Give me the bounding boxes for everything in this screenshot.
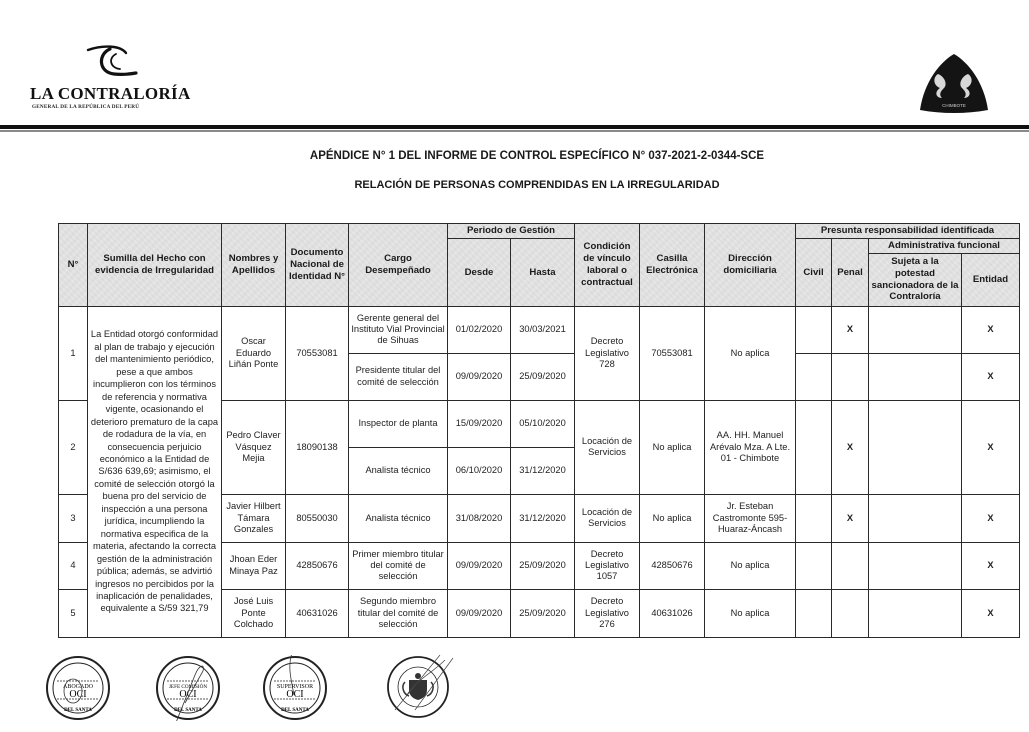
row-cargo: Inspector de planta — [349, 400, 448, 447]
header-divider — [0, 125, 1029, 129]
row-dni: 42850676 — [286, 542, 349, 589]
row-penal: X — [832, 400, 869, 494]
document-subtitle: RELACIÓN DE PERSONAS COMPRENDIDAS EN LA … — [0, 179, 1029, 191]
stamp-abogado-icon: ABOGADO OCI DEL SANTA — [45, 655, 111, 721]
row-entidad: X — [962, 306, 1020, 353]
svg-text:OCI: OCI — [69, 689, 86, 700]
row-desde: 09/09/2020 — [448, 353, 511, 400]
row-civil — [796, 494, 832, 542]
row-hasta: 05/10/2020 — [511, 400, 575, 447]
row-sujeta — [869, 542, 962, 589]
row-direccion: AA. HH. Manuel Arévalo Mza. A Lte. 01 - … — [705, 400, 796, 494]
row-condicion: Decreto Legislativo 276 — [575, 589, 640, 637]
row-penal: X — [832, 494, 869, 542]
persons-table: N° Sumilla del Hecho con evidencia de Ir… — [58, 223, 1020, 638]
contraloria-logo: LA CONTRALORÍA GENERAL DE LA REPÚBLICA D… — [30, 40, 180, 115]
row-direccion: No aplica — [705, 589, 796, 637]
row-casilla: 40631026 — [640, 589, 705, 637]
row-civil — [796, 589, 832, 637]
row-direccion: No aplica — [705, 306, 796, 400]
row-nombres: Jhoan Eder Minaya Paz — [222, 542, 286, 589]
row-dni: 18090138 — [286, 400, 349, 494]
stamp-supervisor-icon: SUPERVISOR OCI DEL SANTA — [262, 655, 328, 721]
row-hasta: 31/12/2020 — [511, 447, 575, 494]
row-civil — [796, 542, 832, 589]
row-num: 2 — [59, 400, 88, 494]
svg-text:DEL SANTA: DEL SANTA — [64, 708, 92, 713]
svg-text:OCI: OCI — [286, 689, 303, 700]
svg-text:DEL SANTA: DEL SANTA — [174, 708, 202, 713]
row-nombres: Javier Hilbert Támara Gonzales — [222, 494, 286, 542]
row-hasta: 25/09/2020 — [511, 542, 575, 589]
row-civil — [796, 400, 832, 494]
row-casilla: 70553081 — [640, 306, 705, 400]
row-num: 3 — [59, 494, 88, 542]
row-hasta: 25/09/2020 — [511, 353, 575, 400]
row-entidad: X — [962, 353, 1020, 400]
row-hasta: 25/09/2020 — [511, 589, 575, 637]
row-penal — [832, 542, 869, 589]
row-direccion: No aplica — [705, 542, 796, 589]
header-sumilla: Sumilla del Hecho con evidencia de Irreg… — [88, 224, 222, 307]
row-sujeta — [869, 589, 962, 637]
row-cargo: Presidente titular del comité de selecci… — [349, 353, 448, 400]
sumilla-text: La Entidad otorgó conformidad al plan de… — [88, 306, 222, 637]
row-condicion: Decreto Legislativo 728 — [575, 306, 640, 400]
row-cargo: Analista técnico — [349, 447, 448, 494]
row-cargo: Gerente general del Instituto Vial Provi… — [349, 306, 448, 353]
row-entidad: X — [962, 589, 1020, 637]
row-sujeta — [869, 306, 962, 353]
row-hasta: 30/03/2021 — [511, 306, 575, 353]
header-sujeta: Sujeta a la potestad sancionadora de la … — [869, 253, 962, 306]
header-administrativa: Administrativa funcional — [869, 239, 1020, 254]
row-penal — [832, 353, 869, 400]
row-desde: 09/09/2020 — [448, 542, 511, 589]
row-dni: 80550030 — [286, 494, 349, 542]
row-cargo: Primer miembro titular del comité de sel… — [349, 542, 448, 589]
row-civil — [796, 353, 832, 400]
row-desde: 09/09/2020 — [448, 589, 511, 637]
header-casilla: Casilla Electrónica — [640, 224, 705, 307]
header-desde: Desde — [448, 239, 511, 307]
row-condicion: Locación de Servicios — [575, 400, 640, 494]
row-casilla: 42850676 — [640, 542, 705, 589]
row-condicion: Locación de Servicios — [575, 494, 640, 542]
header-condicion: Condición de vínculo laboral o contractu… — [575, 224, 640, 307]
row-num: 5 — [59, 589, 88, 637]
row-sujeta — [869, 494, 962, 542]
header-nombres: Nombres y Apellidos — [222, 224, 286, 307]
row-desde: 01/02/2020 — [448, 306, 511, 353]
header-divider-thin — [0, 130, 1029, 132]
header-direccion: Dirección domiciliaria — [705, 224, 796, 307]
header-dni: Documento Nacional de Identidad N° — [286, 224, 349, 307]
row-desde: 31/08/2020 — [448, 494, 511, 542]
header-cargo: Cargo Desempeñado — [349, 224, 448, 307]
table-row: 1 La Entidad otorgó conformidad al plan … — [59, 306, 1020, 353]
row-entidad: X — [962, 400, 1020, 494]
stamp-oci-coat-of-arms-icon — [385, 650, 455, 720]
row-cargo: Segundo miembro titular del comité de se… — [349, 589, 448, 637]
row-dni: 40631026 — [286, 589, 349, 637]
row-cargo: Analista técnico — [349, 494, 448, 542]
header-civil: Civil — [796, 239, 832, 307]
row-sujeta — [869, 400, 962, 494]
row-direccion: Jr. Esteban Castromonte 595-Huaraz-Áncas… — [705, 494, 796, 542]
row-casilla: No aplica — [640, 494, 705, 542]
row-dni: 70553081 — [286, 306, 349, 400]
header-penal: Penal — [832, 239, 869, 307]
stamp-jefe-comision-icon: JEFE COMISIÓN OCI DEL SANTA — [155, 655, 221, 721]
svg-text:DEL SANTA: DEL SANTA — [281, 708, 309, 713]
row-desde: 15/09/2020 — [448, 400, 511, 447]
contraloria-swoosh-icon — [80, 44, 140, 80]
emblem-caption: CHIMBOTE — [942, 103, 966, 108]
row-num: 1 — [59, 306, 88, 400]
row-num: 4 — [59, 542, 88, 589]
header-periodo: Periodo de Gestión — [448, 224, 575, 239]
row-casilla: No aplica — [640, 400, 705, 494]
header-num: N° — [59, 224, 88, 307]
row-sujeta — [869, 353, 962, 400]
header-entidad: Entidad — [962, 253, 1020, 306]
row-hasta: 31/12/2020 — [511, 494, 575, 542]
header-hasta: Hasta — [511, 239, 575, 307]
row-desde: 06/10/2020 — [448, 447, 511, 494]
document-title: APÉNDICE N° 1 DEL INFORME DE CONTROL ESP… — [0, 150, 1029, 162]
row-entidad: X — [962, 494, 1020, 542]
row-entidad: X — [962, 542, 1020, 589]
row-nombres: José Luis Ponte Colchado — [222, 589, 286, 637]
row-nombres: Pedro Claver Vásquez Mejia — [222, 400, 286, 494]
logo-title: LA CONTRALORÍA — [30, 84, 180, 104]
row-civil — [796, 306, 832, 353]
logo-subtitle: GENERAL DE LA REPÚBLICA DEL PERÚ — [32, 104, 139, 110]
row-nombres: Oscar Eduardo Liñán Ponte — [222, 306, 286, 400]
chimbote-emblem-icon: CHIMBOTE — [918, 52, 990, 114]
row-penal — [832, 589, 869, 637]
header-presunta: Presunta responsabilidad identificada — [796, 224, 1020, 239]
row-condicion: Decreto Legislativo 1057 — [575, 542, 640, 589]
row-penal: X — [832, 306, 869, 353]
